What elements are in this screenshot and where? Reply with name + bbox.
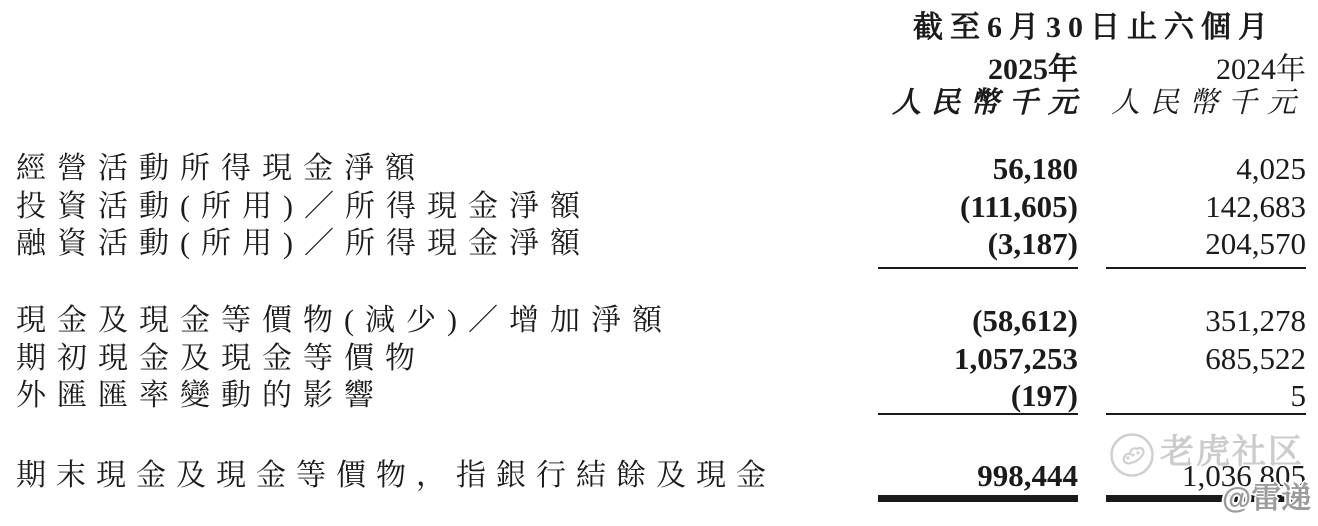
value-2025: 56,180: [878, 150, 1078, 188]
row-label: 期初現金及現金等價物: [16, 340, 426, 378]
row-label: 現金及現金等價物(減少)／增加淨額: [16, 302, 673, 340]
section-divider: [1106, 267, 1306, 269]
table-row: 現金及現金等價物(減少)／增加淨額 (58,612) 351,278: [0, 302, 1318, 340]
tiger-logo-icon: [1108, 431, 1156, 479]
total-value-2025: 998,444: [878, 455, 1078, 497]
row-label: 投資活動(所用)／所得現金淨額: [16, 188, 591, 226]
watermark-community-label: 老虎社区: [1160, 432, 1304, 472]
table-row: 經營活動所得現金淨額 56,180 4,025: [0, 150, 1318, 188]
table-row: 投資活動(所用)／所得現金淨額 (111,605) 142,683: [0, 188, 1318, 226]
column-header-year-2025: 2025年: [878, 52, 1078, 88]
column-header-unit-2025: 人民幣千元: [878, 85, 1087, 121]
watermark-author-label: @雷递: [1222, 482, 1311, 516]
value-2025: (111,605): [878, 188, 1078, 226]
value-2025: (58,612): [878, 302, 1078, 340]
value-2025: (3,187): [878, 225, 1078, 263]
value-2024: 685,522: [1106, 340, 1306, 378]
section-divider: [1106, 413, 1306, 415]
section-divider: [878, 413, 1078, 415]
table-row: 外匯匯率變動的影響 (197) 5: [0, 377, 1318, 415]
row-label: 經營活動所得現金淨額: [16, 150, 426, 188]
cash-flow-statement: 截至6月30日止六個月 2025年 2024年 人民幣千元 人民幣千元 經營活動…: [0, 0, 1318, 526]
column-header-unit-2024: 人民幣千元: [1097, 85, 1306, 121]
value-2025: (197): [878, 377, 1078, 415]
value-2024: 4,025: [1106, 150, 1306, 188]
row-label: 融資活動(所用)／所得現金淨額: [16, 225, 591, 263]
value-2024: 351,278: [1106, 302, 1306, 340]
total-divider: [878, 495, 1078, 502]
value-2024: 204,570: [1106, 225, 1306, 263]
row-label: 外匯匯率變動的影響: [16, 377, 385, 415]
value-2024: 5: [1106, 377, 1306, 415]
section-divider: [878, 267, 1078, 269]
total-row-label: 期末現金及現金等價物，指銀行結餘及現金: [16, 455, 776, 497]
table-row: 期初現金及現金等價物 1,057,253 685,522: [0, 340, 1318, 378]
table-row: 融資活動(所用)／所得現金淨額 (3,187) 204,570: [0, 225, 1318, 263]
column-header-year-2024: 2024年: [1106, 52, 1306, 88]
value-2025: 1,057,253: [878, 340, 1078, 378]
value-2024: 142,683: [1106, 188, 1306, 226]
period-header: 截至6月30日止六個月: [878, 10, 1310, 46]
